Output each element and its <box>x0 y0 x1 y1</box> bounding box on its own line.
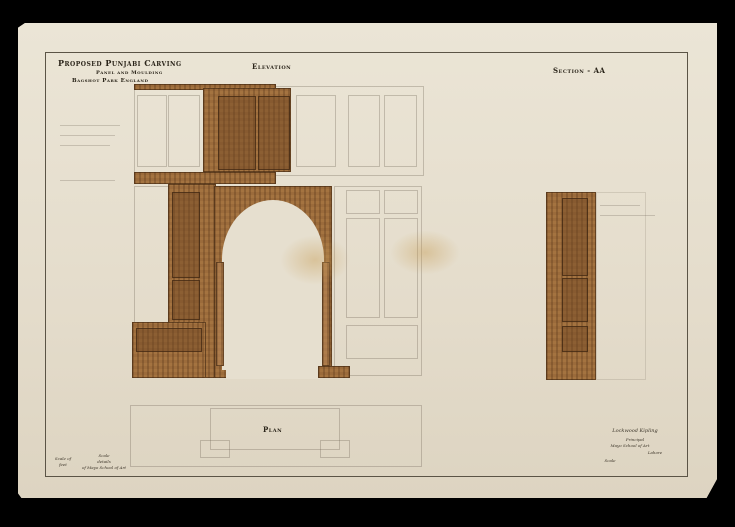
middle-cornice <box>134 172 276 184</box>
pencil-panel <box>346 218 380 318</box>
carved-dado-inscription <box>136 328 202 352</box>
pencil-annotation <box>60 135 115 136</box>
arch-opening <box>222 200 324 370</box>
pencil-panel <box>137 95 167 167</box>
pencil-panel <box>168 95 200 167</box>
carved-panel <box>172 192 200 278</box>
signature-scale: Scale <box>600 458 620 464</box>
signature-city: Lahore <box>640 450 670 456</box>
pencil-annotation <box>60 145 110 146</box>
pencil-annotation <box>600 215 655 216</box>
carved-panel <box>562 198 588 276</box>
plan-pier-left <box>200 440 230 458</box>
scale-note-1b: feet <box>48 462 78 468</box>
carved-panel <box>562 278 588 322</box>
scale-note-2c: of Mayo School of Art <box>80 465 128 471</box>
plan-pier-right <box>320 440 350 458</box>
arch-floor-gap <box>226 365 320 379</box>
signature-institution: Mayo School of Art <box>600 443 660 449</box>
pencil-panel <box>346 325 418 359</box>
section-label: Section - AA <box>553 66 605 75</box>
pencil-annotation <box>60 125 120 126</box>
right-plinth <box>318 366 350 378</box>
elevation-label: Elevation <box>252 62 291 71</box>
carved-panel <box>258 96 290 170</box>
drawing-title: Proposed Punjabi Carving <box>58 58 182 68</box>
pencil-annotation <box>600 205 640 206</box>
pencil-panel <box>296 95 336 167</box>
pencil-panel <box>348 95 380 167</box>
left-column <box>216 262 224 366</box>
water-stain <box>390 230 460 275</box>
water-stain <box>280 235 350 285</box>
carved-panel <box>218 96 256 170</box>
carved-panel <box>562 326 588 352</box>
pencil-panel <box>384 95 417 167</box>
pencil-panel <box>384 190 418 214</box>
drawing-subtitle-1: Panel and Moulding <box>96 70 163 76</box>
pencil-annotation <box>60 180 115 181</box>
carved-panel <box>172 280 200 320</box>
pencil-panel <box>346 190 380 214</box>
signature: Lockwood Kipling <box>610 428 660 434</box>
section-outline <box>596 192 646 380</box>
